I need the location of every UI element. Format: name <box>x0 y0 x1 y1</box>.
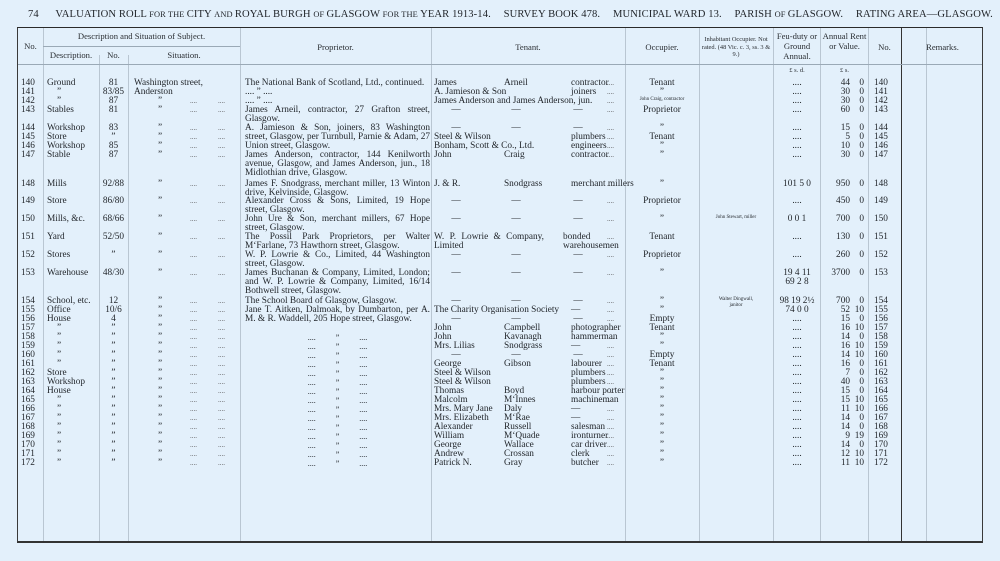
dots: .... <box>218 459 238 468</box>
col-header-remarks: Remarks. <box>901 42 984 52</box>
dots: .... <box>218 414 238 423</box>
row-number-right: 151 <box>874 233 899 242</box>
dots: .... <box>607 97 622 106</box>
proprietor-cell: .... ” .... <box>245 88 430 97</box>
row-number: 143 <box>21 106 41 115</box>
dots: .... <box>218 405 238 414</box>
col-rule <box>699 28 700 541</box>
description-cell: Warehouse <box>47 269 99 278</box>
tenant-surname: Craig <box>504 151 525 160</box>
feu-duty-cell: .... <box>774 197 820 206</box>
rent-pounds: 700 <box>821 215 850 224</box>
dots: .... <box>190 459 210 468</box>
proprietor-ditto: .... ” .... <box>245 333 430 342</box>
tenant-surname: — <box>496 124 536 133</box>
dots: .... <box>607 450 622 459</box>
description-cell: Yard <box>47 233 99 242</box>
dots: .... <box>218 97 238 106</box>
dots: .... <box>190 124 210 133</box>
sub-number-cell: 92/88 <box>99 180 128 189</box>
sub-number-cell: 68/66 <box>99 215 128 224</box>
dots: .... <box>218 342 238 351</box>
situation-cell: Anderston <box>134 88 234 97</box>
tenant-surname: — <box>496 269 536 278</box>
tenant-first-name: — <box>436 215 476 224</box>
dots: .... <box>607 459 622 468</box>
row-number-right: 153 <box>874 269 899 278</box>
dots: .... <box>190 333 210 342</box>
tenant-occupation: — <box>558 251 598 260</box>
row-number: 150 <box>21 215 41 224</box>
dots: .... <box>607 306 622 315</box>
proprietor-cell: Jane T. Aitken, Dalmoak, by Dumbarton, p… <box>245 306 430 324</box>
dots: .... <box>218 351 238 360</box>
dots: .... <box>218 315 238 324</box>
dots: .... <box>218 151 238 160</box>
occupier-cell: ” <box>625 180 699 189</box>
rent-shillings: 0 <box>850 151 864 160</box>
tenant-first-name: — <box>436 269 476 278</box>
proprietor-ditto: .... ” .... <box>245 360 430 369</box>
proprietor-ditto: .... ” .... <box>245 450 430 459</box>
dots: .... <box>607 142 622 151</box>
feu-duty-cell: 0 0 1 <box>774 215 820 224</box>
row-number-right: 147 <box>874 151 899 160</box>
col-rule <box>901 28 902 541</box>
proprietor-cell: James Buchanan & Company, Limited, Londo… <box>245 269 430 296</box>
proprietor-ditto: .... ” .... <box>245 459 430 468</box>
dots: .... <box>190 369 210 378</box>
occupier-cell: Proprietor <box>625 251 699 260</box>
rent-shillings: 0 <box>850 251 864 260</box>
description-cell: Stores <box>47 251 99 260</box>
tenant-first-name: John <box>434 151 452 160</box>
row-number-right: 172 <box>874 459 899 468</box>
dots: .... <box>190 251 210 260</box>
description-cell: Mills <box>47 180 99 189</box>
col-header-feu-duty: Feu-duty or Ground Annual. <box>775 31 819 61</box>
dots: .... <box>218 306 238 315</box>
parish: PARISH OF GLASGOW. <box>735 9 844 20</box>
feu-units: £ s. d. <box>775 67 819 75</box>
dots: .... <box>190 450 210 459</box>
row-number-right: 149 <box>874 197 899 206</box>
sub-number-cell: 87 <box>99 151 128 160</box>
col-rule <box>431 28 432 541</box>
dots: .... <box>218 233 238 242</box>
tenant-surname: — <box>496 215 536 224</box>
feu-duty-cell: .... <box>774 251 820 260</box>
dots: .... <box>607 414 622 423</box>
col-rule <box>43 28 44 541</box>
proprietor-ditto: .... ” .... <box>245 396 430 405</box>
proprietor-ditto: .... ” .... <box>245 351 430 360</box>
proprietor-ditto: .... ” .... <box>245 387 430 396</box>
tenant-surname: — <box>496 251 536 260</box>
tenant-occupation: — <box>558 215 598 224</box>
dots: .... <box>607 432 622 441</box>
row-number-right: 150 <box>874 215 899 224</box>
row-number: 152 <box>21 251 41 260</box>
dots: .... <box>218 396 238 405</box>
sub-number-cell: 86/80 <box>99 197 128 206</box>
proprietor-cell: The National Bank of Scotland, Ltd., con… <box>245 79 430 88</box>
row-number: 147 <box>21 151 41 160</box>
dots: .... <box>218 215 238 224</box>
description-cell: Mills, &c. <box>47 215 99 224</box>
dots: .... <box>218 369 238 378</box>
dots: .... <box>218 197 238 206</box>
dots: .... <box>218 180 238 189</box>
col-header-occupier: Occupier. <box>625 42 699 52</box>
rent-shillings: 0 <box>850 269 864 278</box>
dots: .... <box>190 396 210 405</box>
dots: .... <box>190 342 210 351</box>
dots: .... <box>190 324 210 333</box>
dots: .... <box>607 396 622 405</box>
col-header-sub-no: No. <box>99 50 128 60</box>
occupier-cell: ” <box>625 269 699 278</box>
description-cell: Ground <box>47 79 99 88</box>
dots: .... <box>190 97 210 106</box>
dots: .... <box>607 351 622 360</box>
sub-number-cell: ” <box>99 251 128 260</box>
rent-pounds: 11 <box>821 459 850 468</box>
dots: .... <box>190 151 210 160</box>
tenant-surname: — <box>496 197 536 206</box>
occupier-cell: Proprietor <box>625 197 699 206</box>
tenant-first-name: — <box>436 197 476 206</box>
sub-number-cell: 48/30 <box>99 269 128 278</box>
feu-duty-cell: .... <box>774 459 820 468</box>
occupier-cell: Proprietor <box>625 106 699 115</box>
dots: .... <box>607 124 622 133</box>
col-header-group: Description and Situation of Subject. <box>43 31 240 41</box>
tenant-surname: Gray <box>504 459 523 468</box>
feu-duty-cell: .... <box>774 151 820 160</box>
dots: .... <box>190 180 210 189</box>
roll-title: VALUATION ROLL FOR THE CITY AND ROYAL BU… <box>55 9 490 20</box>
dots: .... <box>607 269 622 278</box>
dots: .... <box>190 106 210 115</box>
dots: .... <box>218 251 238 260</box>
tenant-surname: Gibson <box>504 360 531 369</box>
rent-pounds: 260 <box>821 251 850 260</box>
occupier-cell: ” <box>625 215 699 224</box>
rent-units: £ s. <box>821 67 868 75</box>
dots: .... <box>190 387 210 396</box>
rating-area: RATING AREA—GLASGOW. <box>856 9 993 20</box>
dots: .... <box>218 124 238 133</box>
dots: .... <box>607 133 622 142</box>
tenant-surname: Arneil <box>504 79 528 88</box>
municipal-ward: MUNICIPAL WARD 13. <box>613 9 722 20</box>
col-header-no: No. <box>18 41 43 51</box>
row-number: 151 <box>21 233 41 242</box>
dots: .... <box>190 215 210 224</box>
proprietor-cell: The Possil Park Proprietors, per Walter … <box>245 233 430 251</box>
tenant-surname: — <box>496 106 536 115</box>
proprietor-ditto: .... ” .... <box>245 441 430 450</box>
col-header-tenant: Tenant. <box>431 42 625 52</box>
dots: .... <box>190 405 210 414</box>
row-number: 153 <box>21 269 41 278</box>
dots: .... <box>218 324 238 333</box>
inhabitant-occupier: John Stewart, miller <box>712 215 760 221</box>
tenant-name: W. P. Lowrie & Company, Limited <box>434 233 544 251</box>
proprietor-cell: John Ure & Son, merchant millers, 67 Hop… <box>245 215 430 233</box>
rent-shillings: 0 <box>850 197 864 206</box>
description-cell: House <box>47 315 99 324</box>
tenant-surname: Snodgrass <box>504 342 542 351</box>
dots: .... <box>218 423 238 432</box>
page-header: 74 VALUATION ROLL FOR THE CITY AND ROYAL… <box>28 9 990 20</box>
proprietor-ditto: .... ” .... <box>245 432 430 441</box>
row-number-right: 152 <box>874 251 899 260</box>
proprietor-ditto: .... ” .... <box>245 369 430 378</box>
description-cell: Stables <box>47 106 99 115</box>
proprietor-ditto: .... ” .... <box>245 342 430 351</box>
dots: .... <box>190 315 210 324</box>
rent-shillings: 0 <box>850 180 864 189</box>
occupier-cell: ” <box>625 88 699 97</box>
rent-pounds: 950 <box>821 180 850 189</box>
dots: .... <box>190 306 210 315</box>
dots: .... <box>190 269 210 278</box>
occupier-cell: ” <box>625 459 699 468</box>
dots: .... <box>218 333 238 342</box>
dots: .... <box>607 151 622 160</box>
page-number: 74 <box>28 9 39 20</box>
col-header-proprietor: Proprietor. <box>240 42 431 52</box>
sub-number-cell: 81 <box>99 106 128 115</box>
dots: .... <box>190 297 210 306</box>
rent-shillings: 10 <box>850 459 864 468</box>
proprietor-ditto: .... ” .... <box>245 423 430 432</box>
dots: .... <box>607 197 622 206</box>
sub-number-cell: 52/50 <box>99 233 128 242</box>
dots: .... <box>607 79 622 88</box>
dots: .... <box>607 441 622 450</box>
row-number: 148 <box>21 180 41 189</box>
rent-pounds: 30 <box>821 151 850 160</box>
rent-pounds: 60 <box>821 106 850 115</box>
dots: .... <box>607 405 622 414</box>
dots: .... <box>218 297 238 306</box>
col-header-inhabitant: Inhabitant Occupier. Not rated. (48 Vic.… <box>701 36 771 59</box>
dots: .... <box>218 378 238 387</box>
survey-book: SURVEY BOOK 478. <box>504 9 601 20</box>
dots: .... <box>607 251 622 260</box>
dots: .... <box>190 233 210 242</box>
proprietor-ditto: .... ” .... <box>245 405 430 414</box>
col-header-situation: Situation. <box>128 50 240 60</box>
tenant-first-name: — <box>436 251 476 260</box>
dots: .... <box>607 88 622 97</box>
row-number-right: 143 <box>874 106 899 115</box>
dots: .... <box>190 142 210 151</box>
dots: .... <box>218 387 238 396</box>
header-rule <box>18 64 982 65</box>
dots: .... <box>190 423 210 432</box>
tenant-first-name: Patrick N. <box>434 459 472 468</box>
rent-pounds: 130 <box>821 233 850 242</box>
occupier-note: John Craig, contractor <box>627 97 697 103</box>
tenant-occupation: — <box>558 197 598 206</box>
dots: .... <box>190 197 210 206</box>
feu-duty-cell-2: 69 2 8 <box>774 278 820 287</box>
dots: .... <box>607 333 622 342</box>
description-cell: Stable <box>47 151 99 160</box>
group-rule <box>43 46 240 47</box>
tenant-occupation: — <box>558 106 598 115</box>
tenant-first-name: — <box>436 106 476 115</box>
occupier-cell: ” <box>625 151 699 160</box>
description-cell: House <box>47 387 99 396</box>
dots: .... <box>218 142 238 151</box>
dots: .... <box>607 180 622 189</box>
inhabitant-occupier: Walter Dingwall, janitor <box>712 297 760 308</box>
col-rule <box>128 55 129 541</box>
tenant-occupation: contractor <box>571 151 609 160</box>
dots: .... <box>607 233 622 242</box>
valuation-table: No. Description and Situation of Subject… <box>17 27 983 543</box>
col-header-no-right: No. <box>868 42 901 52</box>
row-number-right: 148 <box>874 180 899 189</box>
dots: .... <box>607 297 622 306</box>
rent-shillings: 0 <box>850 233 864 242</box>
col-header-annual-rent: Annual Rent or Value. <box>821 31 868 51</box>
dots: .... <box>190 378 210 387</box>
rent-shillings: 0 <box>850 106 864 115</box>
occupier-cell: Tenant <box>625 233 699 242</box>
dots: .... <box>607 342 622 351</box>
sub-number-cell: ” <box>99 459 128 468</box>
rent-pounds: 450 <box>821 197 850 206</box>
dots: .... <box>190 432 210 441</box>
row-number: 149 <box>21 197 41 206</box>
dots: .... <box>607 360 622 369</box>
dots: .... <box>607 369 622 378</box>
rent-shillings: 0 <box>850 215 864 224</box>
proprietor-cell: James Arneil, contractor, 27 Grafton str… <box>245 106 430 124</box>
rent-pounds: 3700 <box>821 269 850 278</box>
dots: .... <box>190 133 210 142</box>
dots: .... <box>218 133 238 142</box>
feu-duty-cell: .... <box>774 106 820 115</box>
tenant-occupation: butcher <box>571 459 599 468</box>
dots: .... <box>607 215 622 224</box>
col-rule <box>868 28 869 541</box>
proprietor-cell: W. P. Lowrie & Co., Limited, 44 Washingt… <box>245 251 430 269</box>
dots: .... <box>218 106 238 115</box>
proprietor-cell: A. Jamieson & Son, joiners, 83 Washingto… <box>245 124 430 151</box>
tenant-occupation: — <box>558 269 598 278</box>
proprietor-cell: James Anderson, contractor, 144 Kenilwor… <box>245 151 430 178</box>
dots: .... <box>218 441 238 450</box>
dots: .... <box>607 106 622 115</box>
dots: .... <box>190 414 210 423</box>
proprietor-ditto: .... ” .... <box>245 414 430 423</box>
col-header-description: Description. <box>43 50 99 60</box>
proprietor-cell: Alexander Cross & Sons, Limited, 19 Hope… <box>245 197 430 215</box>
tenant-surname: Snodgrass <box>504 180 542 189</box>
col-rule <box>926 28 927 541</box>
feu-duty-cell: .... <box>774 233 820 242</box>
dots: .... <box>190 351 210 360</box>
proprietor-ditto: .... ” .... <box>245 378 430 387</box>
dots: .... <box>218 360 238 369</box>
dots: .... <box>607 423 622 432</box>
dots: .... <box>218 432 238 441</box>
feu-duty-cell: 101 5 0 <box>774 180 820 189</box>
description-cell: Store <box>47 197 99 206</box>
row-number: 172 <box>21 459 41 468</box>
dots: .... <box>218 269 238 278</box>
dots: .... <box>190 441 210 450</box>
dots: .... <box>218 450 238 459</box>
tenant-first-name: J. & R. <box>434 180 460 189</box>
dots: .... <box>190 360 210 369</box>
